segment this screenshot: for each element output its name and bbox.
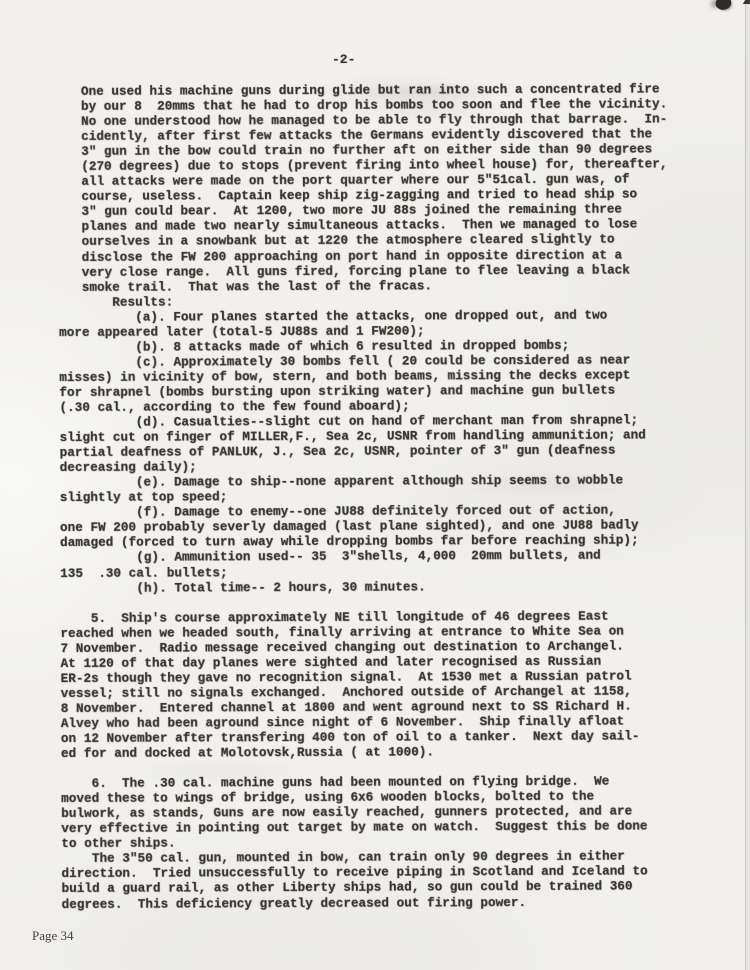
- text-line: (e). Damage to ship--none apparent altho…: [60, 473, 669, 491]
- text-line: partial deafness of PANLUK, J., Sea 2c, …: [60, 442, 669, 460]
- ink-blot-mark: [714, 0, 733, 12]
- text-line: degrees. This deficiency greatly decreas…: [62, 894, 671, 912]
- page-edge-line: [745, 0, 750, 970]
- text-line: build a guard rail, as other Liberty shi…: [61, 879, 670, 897]
- scanned-document-page: -2- One used his machine guns during gli…: [0, 0, 750, 970]
- text-line: (g). Ammunition used-- 35 3"shells, 4,00…: [60, 548, 669, 566]
- text-line: for shrapnel (bombs bursting upon striki…: [59, 382, 668, 400]
- typewritten-body: One used his machine guns during glide b…: [58, 81, 671, 911]
- text-line: (a). Four planes started the attacks, on…: [59, 307, 668, 325]
- corner-mark: [743, 0, 750, 4]
- text-line: on 12 November after transfering 400 ton…: [61, 728, 670, 746]
- text-line: very close range. All guns fired, forcin…: [59, 262, 668, 280]
- page-number-header: -2-: [332, 52, 355, 67]
- page-footer-label: Page 34: [32, 928, 74, 944]
- text-line: very effective in pointing out target by…: [61, 819, 670, 837]
